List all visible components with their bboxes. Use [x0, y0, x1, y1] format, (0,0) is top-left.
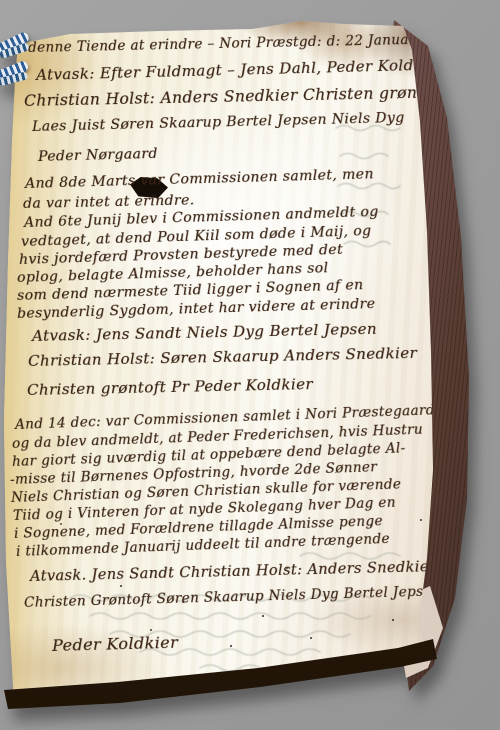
- book: denne Tiende at erindre – Nori Præstgd: …: [0, 0, 500, 730]
- ink-specks: [120, 585, 122, 587]
- handwritten-line: Peder Nørgaard: [38, 146, 158, 165]
- binding-thread-icon: [0, 60, 30, 84]
- handwritten-line: Peder Koldkier: [52, 633, 178, 655]
- photo-of-manuscript-book: denne Tiende at erindre – Nori Præstgd: …: [0, 0, 500, 730]
